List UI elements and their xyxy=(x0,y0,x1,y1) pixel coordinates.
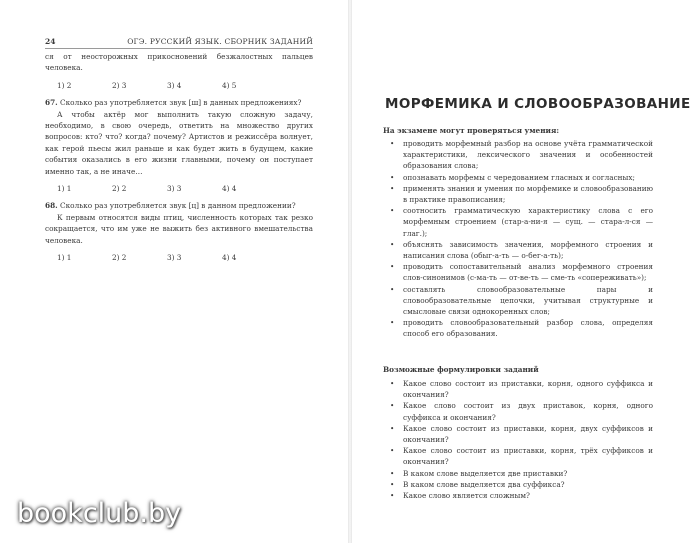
answer-option: 1) 2 xyxy=(57,80,112,91)
answer-option: 4) 4 xyxy=(222,252,277,263)
answer-option: 2) 2 xyxy=(112,252,167,263)
list-item: В каком слове выделяется два суффикса? xyxy=(383,479,653,490)
answer-option: 2) 3 xyxy=(112,80,167,91)
list-item: Какое слово состоит из приставки, корня,… xyxy=(383,423,653,445)
answer-option: 4) 5 xyxy=(222,80,277,91)
list-item: проводить сопоставительный анализ морфем… xyxy=(383,261,653,283)
list-item: Какое слово состоит из приставки, корня,… xyxy=(383,445,653,467)
tasks-list: Какое слово состоит из приставки, корня,… xyxy=(383,378,653,501)
list-item: проводить морфемный разбор на основе учё… xyxy=(383,138,653,172)
answer-option: 4) 4 xyxy=(222,183,277,194)
answer-option: 3) 3 xyxy=(167,252,222,263)
prev-answers: 1) 2 2) 3 3) 4 4) 5 xyxy=(45,80,313,91)
list-item: соотносить грамматическую характеристику… xyxy=(383,205,653,239)
watermark-logo: bookclub.by xyxy=(17,498,181,529)
page-number: 24 xyxy=(45,37,55,46)
answer-option: 2) 2 xyxy=(112,183,167,194)
book-spine xyxy=(348,0,352,543)
answer-option: 1) 1 xyxy=(57,183,112,194)
page-header: 24 ОГЭ. РУССКИЙ ЯЗЫК. СБОРНИК ЗАДАНИЙ xyxy=(45,37,313,49)
list-item: объяснять зависимость значения, морфемно… xyxy=(383,239,653,261)
section-title: МОРФЕМИКА И СЛОВООБРАЗОВАНИЕ xyxy=(385,96,691,112)
running-title: ОГЭ. РУССКИЙ ЯЗЫК. СБОРНИК ЗАДАНИЙ xyxy=(127,37,313,46)
list-item: применять знания и умения по морфемике и… xyxy=(383,183,653,205)
question-text: Сколько раз употребляется звук [ц] в дан… xyxy=(60,201,296,210)
list-item: проводить словообразовательный разбор сл… xyxy=(383,317,653,339)
skills-heading: На экзамене могут проверяться умения: xyxy=(383,126,559,135)
question-68-passage: К первым относятся виды птиц, численност… xyxy=(45,212,313,246)
question-number: 68. xyxy=(45,201,58,210)
list-item: Какое слово является сложным? xyxy=(383,490,653,501)
left-page-text: ся от неосторожных прикосновений безжало… xyxy=(45,51,313,270)
list-item: Какое слово состоит из приставки, корня,… xyxy=(383,378,653,400)
list-item: опознавать морфемы с чередованием гласны… xyxy=(383,172,653,183)
continuation-text: ся от неосторожных прикосновений безжало… xyxy=(45,51,313,74)
list-item: Какое слово состоит из двух приставок, к… xyxy=(383,400,653,422)
question-text: Сколько раз употребляется звук [ш] в дан… xyxy=(60,98,301,107)
answer-option: 3) 3 xyxy=(167,183,222,194)
question-number: 67. xyxy=(45,98,58,107)
question-67-passage: А чтобы актёр мог выполнить такую сложну… xyxy=(45,109,313,177)
answer-option: 1) 1 xyxy=(57,252,112,263)
list-item: В каком слове выделяется две приставки? xyxy=(383,468,653,479)
skills-list: проводить морфемный разбор на основе учё… xyxy=(383,138,653,340)
question-67-answers: 1) 1 2) 2 3) 3 4) 4 xyxy=(45,183,313,194)
tasks-heading: Возможные формулировки заданий xyxy=(383,365,539,374)
answer-option: 3) 4 xyxy=(167,80,222,91)
list-item: составлять словообразовательные пары и с… xyxy=(383,284,653,318)
question-68: 68. Сколько раз употребляется звук [ц] в… xyxy=(45,200,313,211)
question-68-answers: 1) 1 2) 2 3) 3 4) 4 xyxy=(45,252,313,263)
question-67: 67. Сколько раз употребляется звук [ш] в… xyxy=(45,97,313,108)
